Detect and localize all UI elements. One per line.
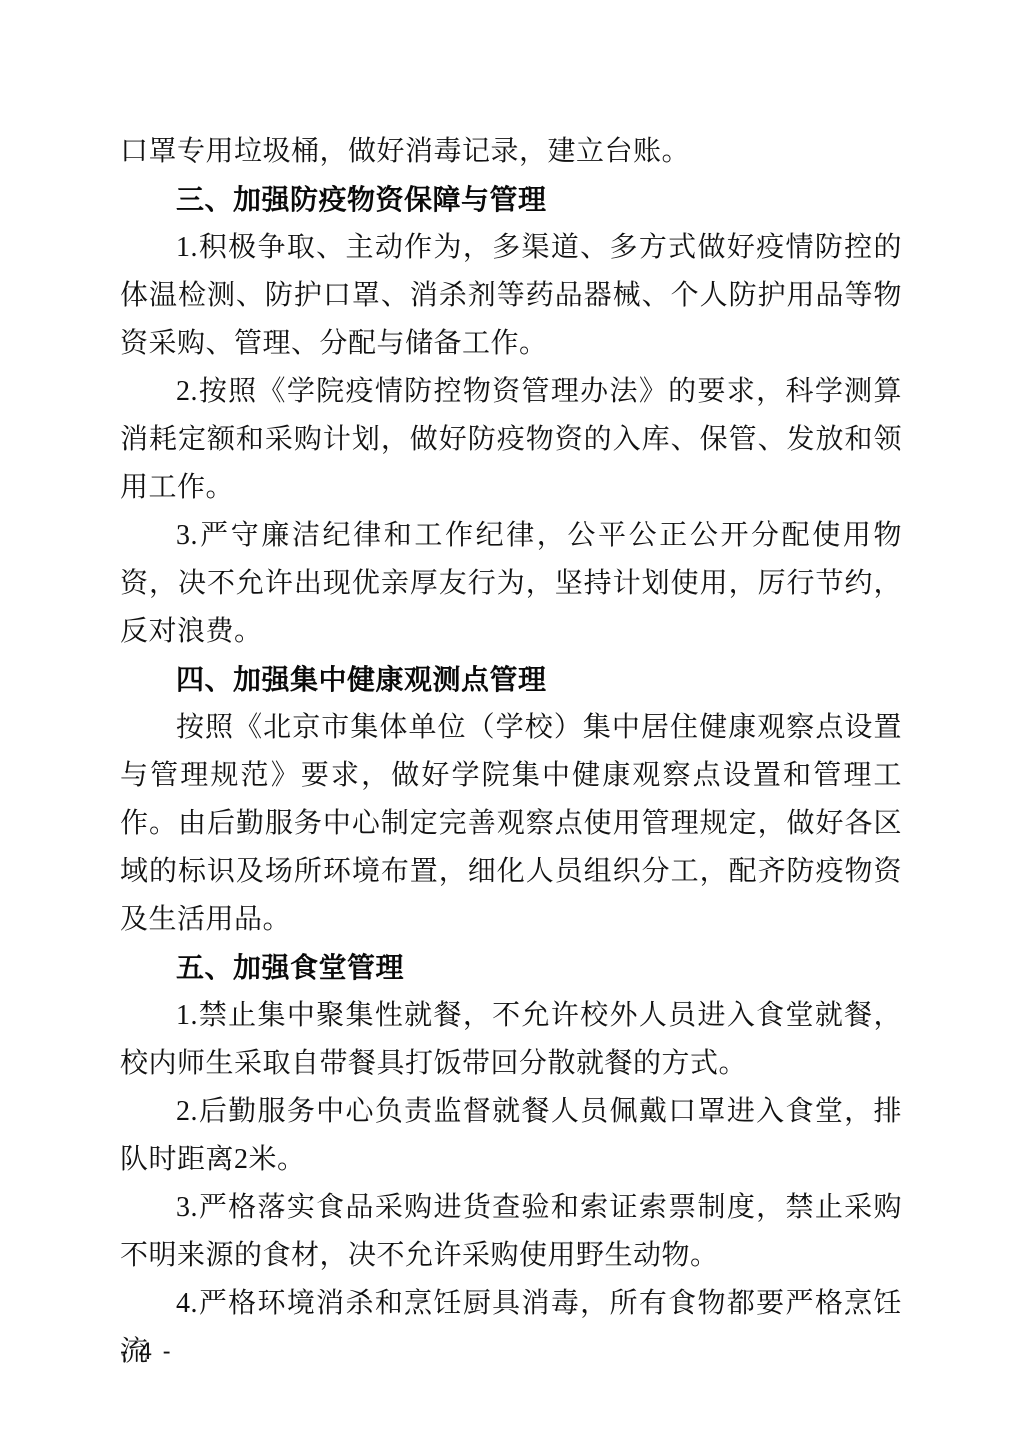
document-body: 口罩专用垃圾桶，做好消毒记录，建立台账。 三、加强防疫物资保障与管理 1.积极争…: [120, 128, 902, 1376]
paragraph-continuation: 口罩专用垃圾桶，做好消毒记录，建立台账。: [120, 128, 902, 176]
paragraph: 3.严守廉洁纪律和工作纪律，公平公正公开分配使用物资，决不允许出现优亲厚友行为，…: [120, 512, 902, 656]
paragraph: 3.严格落实食品采购进货查验和索证索票制度，禁止采购不明来源的食材，决不允许采购…: [120, 1184, 902, 1280]
section-heading-5: 五、加强食堂管理: [120, 944, 902, 992]
section-heading-4: 四、加强集中健康观测点管理: [120, 656, 902, 704]
paragraph: 1.积极争取、主动作为，多渠道、多方式做好疫情防控的体温检测、防护口罩、消杀剂等…: [120, 224, 902, 368]
section-heading-3: 三、加强防疫物资保障与管理: [120, 176, 902, 224]
document-page: 口罩专用垃圾桶，做好消毒记录，建立台账。 三、加强防疫物资保障与管理 1.积极争…: [0, 0, 1024, 1448]
paragraph: 1.禁止集中聚集性就餐，不允许校外人员进入食堂就餐，校内师生采取自带餐具打饭带回…: [120, 992, 902, 1088]
paragraph: 按照《北京市集体单位（学校）集中居住健康观察点设置与管理规范》要求，做好学院集中…: [120, 704, 902, 944]
paragraph: 2.按照《学院疫情防控物资管理办法》的要求，科学测算消耗定额和采购计划，做好防疫…: [120, 368, 902, 512]
page-number: - 4 -: [120, 1338, 173, 1366]
paragraph: 2.后勤服务中心负责监督就餐人员佩戴口罩进入食堂，排队时距离2米。: [120, 1088, 902, 1184]
paragraph: 4.严格环境消杀和烹饪厨具消毒，所有食物都要严格烹饪流: [120, 1280, 902, 1376]
